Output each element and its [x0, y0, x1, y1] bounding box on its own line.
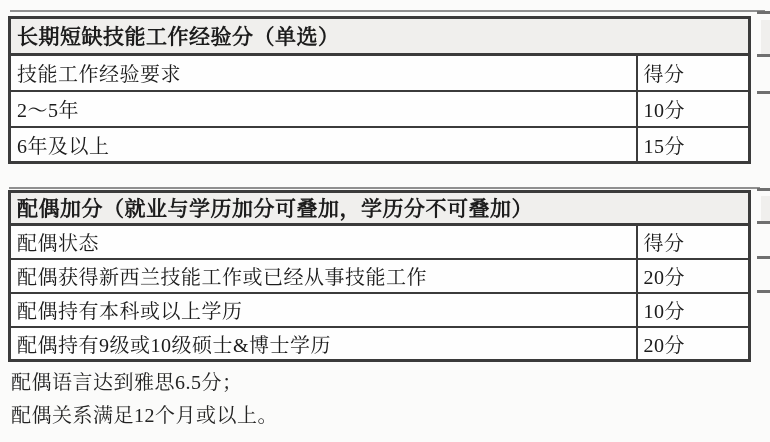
top-thin-rule-table-2	[9, 187, 760, 189]
edge-line-stub	[757, 54, 770, 57]
column-header-score: 得分	[637, 225, 750, 259]
edge-line-stub	[757, 221, 770, 224]
column-header-requirement: 技能工作经验要求	[10, 55, 637, 91]
row-label: 配偶持有本科或以上学历	[10, 293, 637, 327]
table-row: 6年及以上 15分	[10, 127, 750, 163]
row-score: 20分	[637, 327, 750, 361]
edge-gray-patch	[761, 20, 770, 54]
table-row: 技能工作经验要求 得分	[10, 55, 750, 91]
edge-line-stub	[757, 188, 770, 191]
edge-line-stub	[757, 290, 770, 293]
edge-line-stub	[757, 256, 770, 259]
table-row: 配偶持有本科或以上学历 10分	[10, 293, 750, 327]
table-row: 配偶加分（就业与学历加分可叠加，学历分不可叠加）	[10, 192, 750, 225]
table-spouse-bonus-points: 配偶加分（就业与学历加分可叠加，学历分不可叠加） 配偶状态 得分 配偶获得新西兰…	[8, 190, 751, 362]
table-title: 长期短缺技能工作经验分（单选）	[10, 18, 750, 55]
row-score: 20分	[637, 259, 750, 293]
row-score: 15分	[637, 127, 750, 163]
row-label: 配偶持有9级或10级硕士&博士学历	[10, 327, 637, 361]
scanned-document-page: 长期短缺技能工作经验分（单选） 技能工作经验要求 得分 2～5年 10分 6年及…	[0, 0, 770, 442]
row-label: 配偶获得新西兰技能工作或已经从事技能工作	[10, 259, 637, 293]
table-row: 长期短缺技能工作经验分（单选）	[10, 18, 750, 55]
column-header-score: 得分	[637, 55, 750, 91]
table-long-shortage-skill-experience: 长期短缺技能工作经验分（单选） 技能工作经验要求 得分 2～5年 10分 6年及…	[8, 16, 751, 164]
footnote-spouse-language: 配偶语言达到雅思6.5分；	[11, 367, 278, 400]
edge-line-stub	[757, 11, 770, 14]
table-row: 配偶状态 得分	[10, 225, 750, 259]
row-score: 10分	[637, 293, 750, 327]
table-row: 配偶持有9级或10级硕士&博士学历 20分	[10, 327, 750, 361]
row-label: 6年及以上	[10, 127, 637, 163]
footnotes: 配偶语言达到雅思6.5分； 配偶关系满足12个月或以上。	[11, 367, 278, 433]
table-row: 配偶获得新西兰技能工作或已经从事技能工作 20分	[10, 259, 750, 293]
table-title: 配偶加分（就业与学历加分可叠加，学历分不可叠加）	[10, 192, 750, 225]
footnote-spouse-relationship: 配偶关系满足12个月或以上。	[11, 400, 278, 433]
row-label: 2～5年	[10, 91, 637, 127]
column-header-spouse-status: 配偶状态	[10, 225, 637, 259]
top-thin-rule-table-1	[10, 10, 765, 12]
row-score: 10分	[637, 91, 750, 127]
edge-line-stub	[757, 91, 770, 94]
edge-gray-patch	[761, 196, 770, 221]
table-row: 2～5年 10分	[10, 91, 750, 127]
